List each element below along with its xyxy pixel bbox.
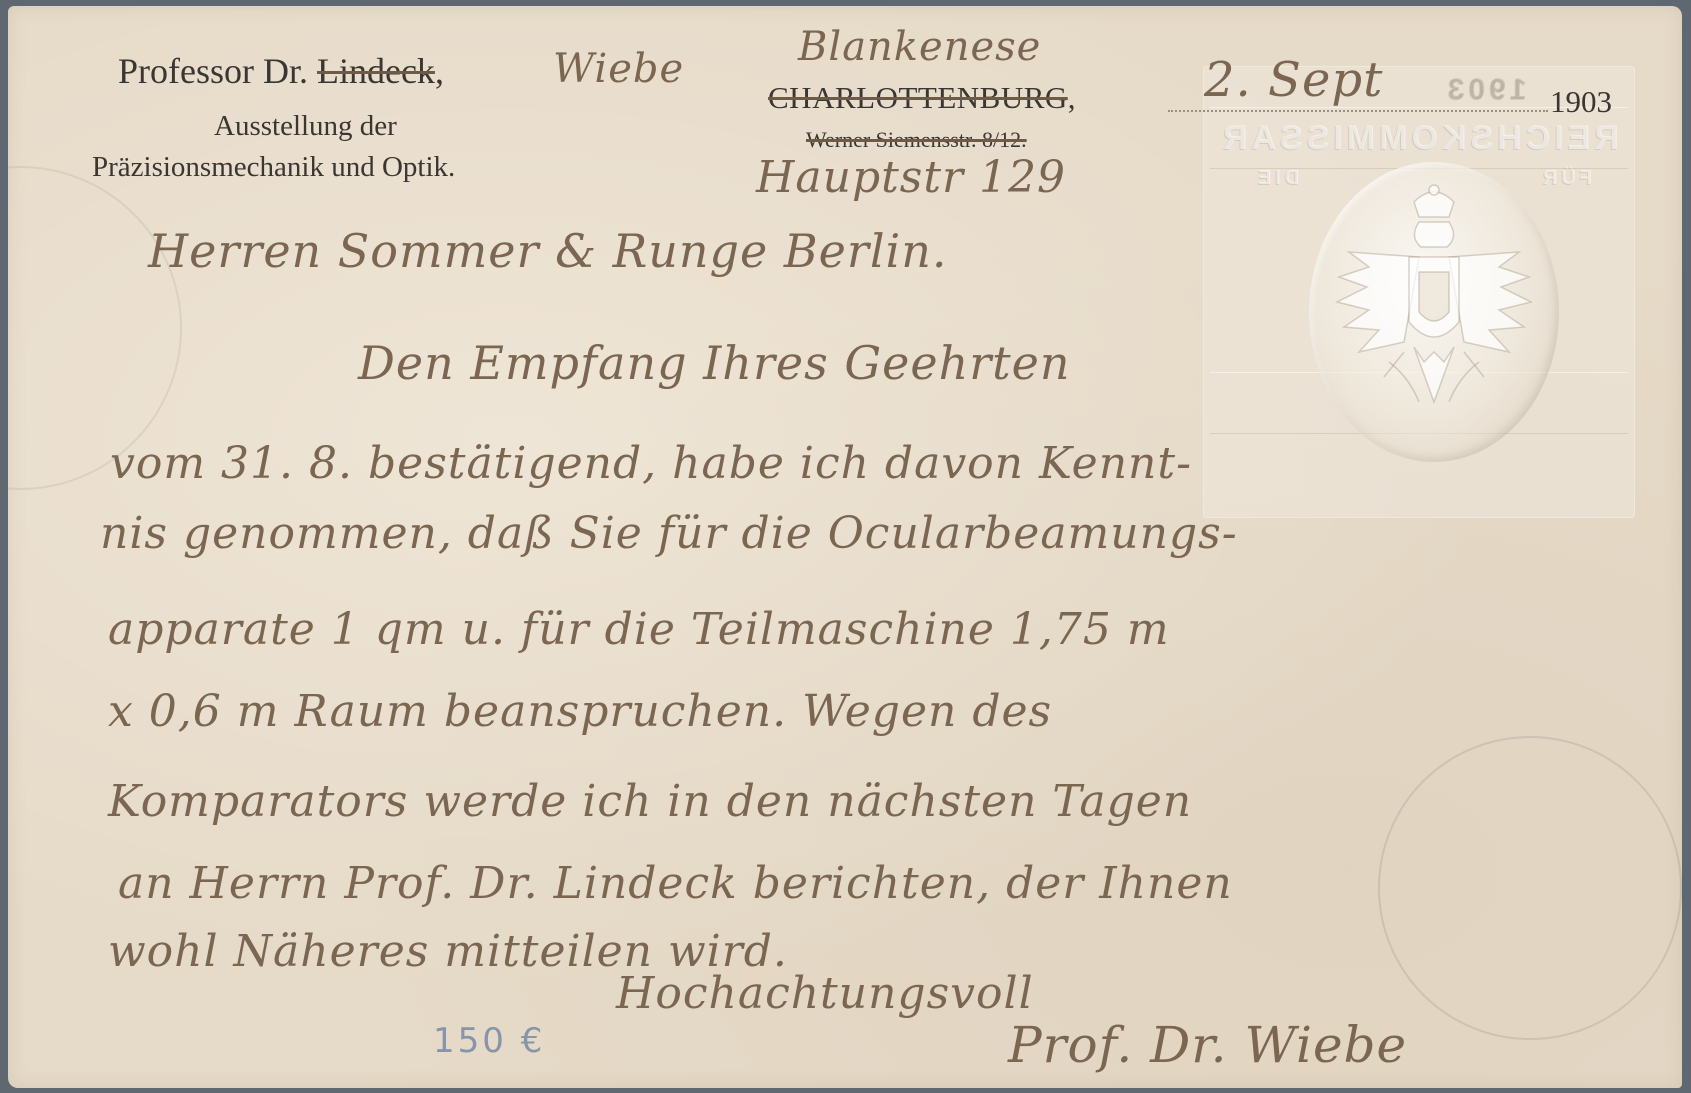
struck-street: Werner Siemensstr. 8/12. — [806, 127, 1027, 153]
letterhead-title: Professor Dr. Lindeck, — [118, 50, 444, 92]
letterhead-line-3: Präzisionsmechanik und Optik. — [92, 151, 455, 184]
printed-city: CHARLOTTENBURG, — [768, 80, 1076, 116]
letter-line: apparate 1 qm u. für die Teilmaschine 1,… — [108, 604, 1170, 655]
stamp-medallion — [1309, 162, 1559, 462]
title-comma: , — [435, 51, 444, 91]
handwritten-date: 2. Sept — [1204, 52, 1383, 108]
stamp-ghost-year: 1903 — [1444, 73, 1527, 107]
letter-line: nis genommen, daß Sie für die Ocularbeam… — [100, 508, 1238, 559]
letter-line: Komparators werde ich in den nächsten Ta… — [108, 776, 1192, 827]
letter-closing: Hochachtungsvoll — [616, 968, 1034, 1019]
postcard: Professor Dr. Lindeck, Wiebe Ausstellung… — [8, 6, 1682, 1088]
embossed-stamp: 1903 REICHSKOMMISSAR DIE FÜR — [1203, 66, 1635, 518]
postmark-ring — [1378, 736, 1682, 1040]
letterhead-line-2: Ausstellung der — [214, 110, 397, 143]
handwritten-name-correction: Wiebe — [553, 46, 684, 92]
stamp-mirrored-text-top: REICHSKOMMISSAR — [1219, 119, 1619, 158]
letter-line: an Herrn Prof. Dr. Lindeck berichten, de… — [118, 858, 1233, 909]
stamp-mirrored-text-left: DIE — [1254, 167, 1299, 190]
letter-salutation: Herren Sommer & Runge Berlin. — [148, 224, 948, 278]
letter-line: vom 31. 8. bestätigend, habe ich davon K… — [110, 438, 1192, 489]
date-dotted-line — [1168, 110, 1548, 112]
letterhead-title-prefix: Professor Dr. — [118, 51, 317, 91]
imperial-eagle-icon — [1309, 162, 1559, 462]
handwritten-place: Blankenese — [798, 24, 1041, 70]
struck-name: Lindeck — [317, 51, 435, 91]
letter-line: x 0,6 m Raum beanspruchen. Wegen des — [108, 686, 1052, 737]
printed-year: 1903 — [1550, 84, 1612, 120]
struck-city: CHARLOTTENBURG — [768, 80, 1068, 115]
price-annotation: 150 € — [433, 1021, 545, 1061]
city-comma: , — [1068, 80, 1076, 115]
handwritten-street: Hauptstr 129 — [756, 152, 1066, 203]
letter-signature: Prof. Dr. Wiebe — [1008, 1016, 1407, 1074]
letter-line: Den Empfang Ihres Geehrten — [358, 336, 1071, 390]
